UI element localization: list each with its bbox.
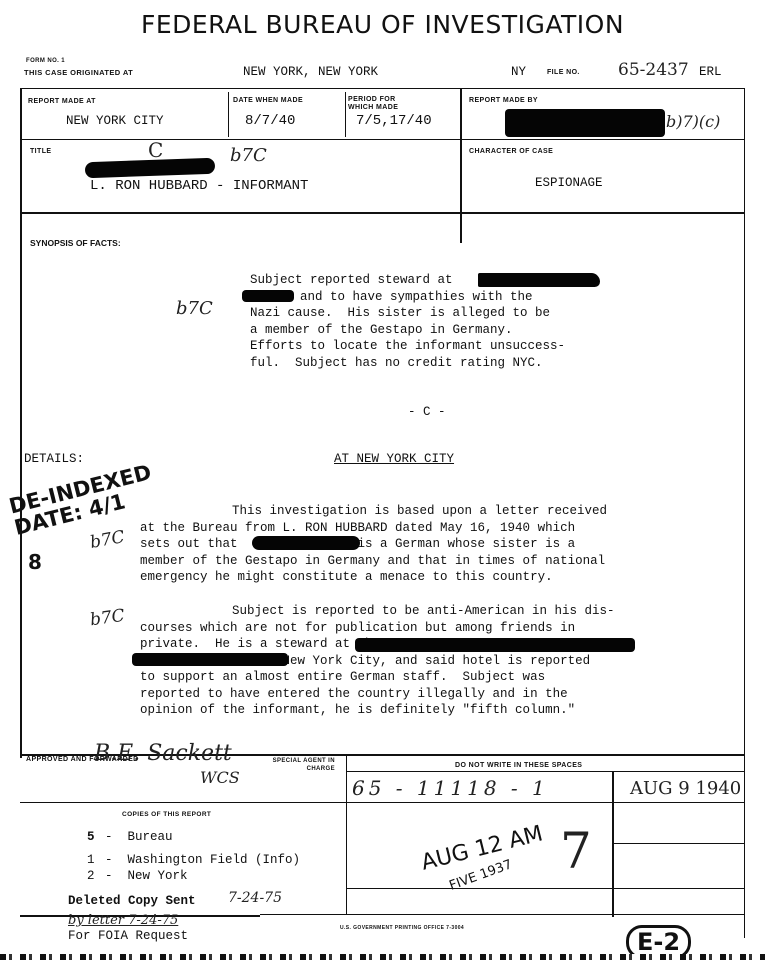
details-heading: AT NEW YORK CITY (334, 452, 454, 466)
case-originated-label: THIS CASE ORIGINATED AT (24, 68, 133, 77)
exemption-code: b)7)(c) (666, 112, 720, 131)
title-mark-c: C (148, 138, 163, 162)
printer-mark: U.S. GOVERNMENT PRINTING OFFICE 7-3004 (340, 925, 464, 931)
file-suffix: ERL (699, 65, 722, 79)
divider (345, 92, 346, 137)
deindexed-stamp-number: 8 (28, 550, 42, 574)
date-when-made-label: DATE WHEN MADE (233, 97, 303, 104)
report-made-at-value: NEW YORK CITY (66, 114, 164, 128)
period-label: PERIOD FOR WHICH MADE (348, 96, 408, 112)
agency-title: FEDERAL BUREAU OF INVESTIGATION (0, 10, 765, 39)
divider (614, 843, 744, 844)
synopsis-annotation: b7C (176, 298, 213, 319)
copies-list: 5- Bureau 1- Washington Field (Info) 2- … (87, 829, 300, 885)
copy-item: 5- Bureau (87, 829, 300, 846)
file-no-value: 65-2437 (618, 60, 689, 80)
date-when-made-value: 8/7/40 (245, 113, 295, 129)
report-made-at-label: REPORT MADE AT (28, 98, 96, 105)
copy-item: 1- Washington Field (Info) (87, 852, 300, 869)
period-value: 7/5,17/40 (356, 113, 432, 129)
case-originated-value: NEW YORK, NEW YORK (243, 65, 378, 79)
title-annotation: b7C (230, 145, 267, 166)
divider (20, 212, 745, 214)
form-number: FORM NO. 1 (26, 58, 65, 64)
file-no-label: FILE NO. (547, 69, 580, 76)
sac-signature: B.E. Sackett (94, 741, 232, 766)
details-paragraph-1: This investigation is based upon a lette… (140, 503, 607, 586)
redaction-title-name (85, 158, 215, 179)
details-annotation-1: b7C (89, 527, 127, 553)
divider (460, 88, 462, 243)
title-value: L. RON HUBBARD - INFORMANT (90, 178, 308, 194)
redaction-hotel-name-2 (132, 653, 288, 666)
divider (20, 802, 744, 803)
details-label: DETAILS: (24, 452, 84, 466)
redaction-agent-name (505, 109, 665, 137)
foia-label: For FOIA Request (68, 928, 188, 945)
do-not-write-label: DO NOT WRITE IN THESE SPACES (455, 762, 582, 769)
divider (346, 888, 744, 889)
sac-label: SPECIAL AGENT IN CHARGE (255, 757, 335, 773)
copies-label: COPIES OF THIS REPORT (122, 811, 211, 818)
divider (612, 771, 614, 917)
redaction-synopsis-hotel (478, 273, 600, 287)
deleted-copy-hand: 7-24-75 (228, 890, 282, 906)
form-right-border (744, 88, 745, 938)
scan-edge-noise (0, 954, 765, 960)
form-top-border (20, 88, 745, 89)
copy-item: 2- New York (87, 868, 300, 885)
redaction-synopsis-hotel-2 (242, 290, 294, 302)
divider (228, 92, 229, 137)
initials: WCS (200, 768, 240, 787)
divider (346, 771, 744, 772)
recorded-date: AUG 9 1940 (630, 778, 741, 799)
office-code: NY (511, 65, 526, 79)
redaction-hotel-name (355, 638, 635, 652)
report-made-by-label: REPORT MADE BY (469, 97, 538, 104)
redaction-subject-name (252, 536, 360, 550)
synopsis-label: SYNOPSIS OF FACTS: (30, 238, 121, 248)
divider (260, 914, 744, 915)
synopsis-marker: - C - (408, 405, 446, 419)
deleted-copy-line2: by letter 7-24-75 (68, 913, 178, 928)
deleted-copy-label: Deleted Copy Sent (68, 893, 196, 910)
divider (346, 754, 347, 914)
character-value: ESPIONAGE (535, 176, 603, 190)
stamp-mark: 7 (560, 822, 592, 880)
divider (20, 139, 745, 140)
character-label: CHARACTER OF CASE (469, 148, 553, 155)
deindexed-stamp: DE-INDEXED DATE: 4/1 (7, 461, 159, 539)
title-label: TITLE (30, 148, 51, 155)
form-left-border (20, 88, 22, 758)
recorded-number: 65 - 11118 - 1 (352, 776, 549, 800)
details-annotation-2: b7C (89, 606, 126, 631)
